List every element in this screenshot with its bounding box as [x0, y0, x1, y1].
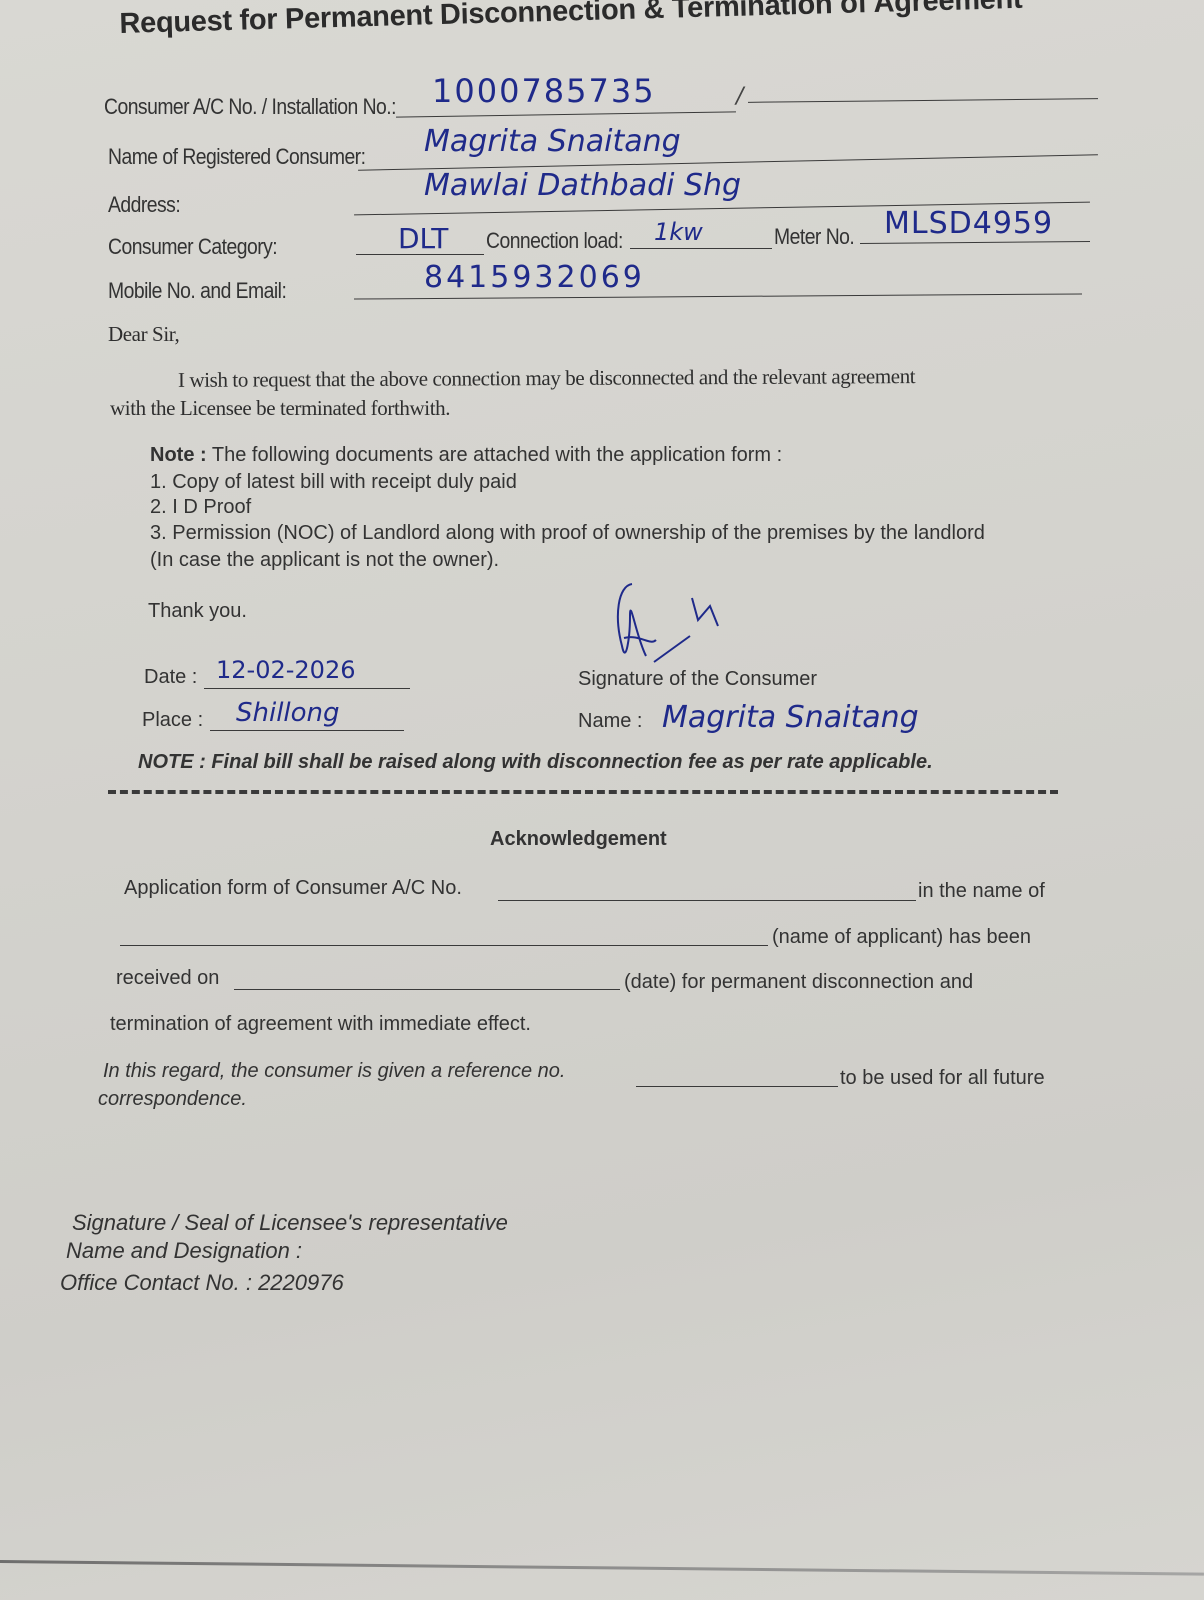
account-label: Consumer A/C No. / Installation No.:: [104, 94, 396, 120]
rep-name-label: Name and Designation :: [66, 1238, 302, 1264]
rep-signature-label: Signature / Seal of Licensee's represent…: [72, 1210, 508, 1236]
meter-line: [860, 241, 1090, 244]
document-item: 2. I D Proof: [150, 496, 251, 519]
ack-line-1b: in the name of: [918, 880, 1045, 903]
ack-reference-line: [636, 1086, 838, 1087]
mobile-value: 8415932069: [424, 260, 645, 295]
ack-line-5b: to be used for all future: [840, 1067, 1045, 1090]
ack-line-2b: (name of applicant) has been: [772, 926, 1031, 949]
final-bill-note: NOTE : Final bill shall be raised along …: [138, 751, 933, 774]
document-item: 3. Permission (NOC) of Landlord along wi…: [150, 522, 985, 545]
load-value: 1kw: [654, 218, 703, 246]
note-label: Note :: [150, 444, 207, 466]
meter-value: MLSD4959: [884, 206, 1053, 241]
date-label: Date :: [144, 666, 197, 689]
place-line: [210, 730, 404, 731]
name-value: Magrita Snaitang: [424, 124, 681, 159]
installation-separator: /: [736, 84, 743, 109]
form-title: Request for Permanent Disconnection & Te…: [119, 0, 1023, 41]
address-label: Address:: [108, 192, 180, 218]
salutation: Dear Sir,: [108, 322, 179, 347]
place-value: Shillong: [236, 698, 340, 728]
date-value: 12-02-2026: [216, 656, 355, 684]
sig-name-value: Magrita Snaitang: [662, 700, 919, 735]
consumer-signature: [600, 576, 740, 681]
meter-label: Meter No.: [774, 224, 854, 250]
note-line: Note : The following documents are attac…: [150, 444, 782, 467]
ack-line-6: correspondence.: [98, 1088, 247, 1111]
sig-name-label: Name :: [578, 710, 642, 733]
document-item: (In case the applicant is not the owner)…: [150, 549, 499, 572]
ack-line-3a: received on: [116, 967, 219, 990]
ack-line-5a: In this regard, the consumer is given a …: [103, 1060, 565, 1083]
ack-account-line: [498, 900, 916, 901]
thanks-text: Thank you.: [148, 600, 247, 623]
request-line-2: with the Licensee be terminated forthwit…: [110, 396, 450, 421]
ack-date-line: [234, 989, 620, 990]
load-label: Connection load:: [486, 228, 623, 254]
ack-applicant-line: [120, 945, 768, 946]
category-label: Consumer Category:: [108, 234, 277, 260]
address-value: Mawlai Dathbadi Shg: [424, 168, 741, 203]
mobile-label: Mobile No. and Email:: [108, 278, 286, 304]
paper-bottom-edge: [0, 1560, 1204, 1576]
account-line: [396, 111, 736, 117]
signature-label: Signature of the Consumer: [578, 668, 817, 691]
ack-line-4: termination of agreement with immediate …: [110, 1013, 531, 1036]
acknowledgement-heading: Acknowledgement: [490, 828, 667, 851]
cut-line-divider: [108, 790, 1058, 794]
request-line-1: I wish to request that the above connect…: [178, 364, 915, 393]
ack-line-1a: Application form of Consumer A/C No.: [124, 877, 462, 900]
account-value: 1000785735: [432, 72, 656, 110]
document-item: 1. Copy of latest bill with receipt duly…: [150, 471, 517, 494]
office-contact: Office Contact No. : 2220976: [60, 1270, 344, 1296]
date-line: [204, 688, 410, 689]
place-label: Place :: [142, 709, 203, 732]
installation-line: [748, 98, 1098, 103]
name-label: Name of Registered Consumer:: [108, 144, 365, 170]
note-text: The following documents are attached wit…: [212, 444, 782, 466]
load-line: [630, 248, 772, 249]
ack-line-3b: (date) for permanent disconnection and: [624, 971, 973, 994]
category-value: DLT: [398, 222, 448, 255]
scanned-form-page: Request for Permanent Disconnection & Te…: [0, 0, 1204, 1600]
